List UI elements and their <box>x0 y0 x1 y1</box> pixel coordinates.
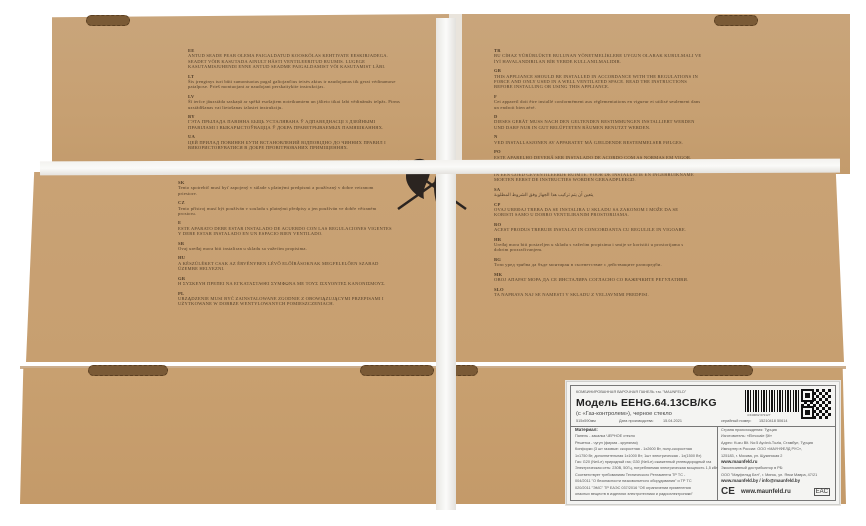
warning-text: Η ΣΥΣΚΕΥΗ ΠΡΕΠΕΙ ΝΑ ΕΓΚΑΤΑΣΤΑΘΕΙ ΣΥΜΦΩΝΑ… <box>178 281 386 286</box>
spec-line: Электрическая сеть: 230В, 50Гц, потребля… <box>575 465 718 471</box>
warning-text: Šis įrenginys turi būti sumontuotas paga… <box>188 79 396 89</box>
warning-text: يتعين أن يتم تركيب هذا الجهاز وفق الشروط… <box>494 192 593 197</box>
hand-hole-front-right <box>693 365 753 376</box>
warning-text: BU CİHAZ YÜRÜRLÜKTE BULUNAN YÖNETMELİKLE… <box>494 53 701 63</box>
warning-text: ЦЕЙ ПРИЛАД ПОВИНЕН БУТИ ВСТАНОВЛЕНИЙ ВІД… <box>188 140 386 150</box>
qr-code <box>801 389 831 419</box>
hand-hole-top-right <box>714 15 758 26</box>
front-right-warnings: IN EEN GOED GEVENTILEERDE RUIMTE. VOOR D… <box>494 172 699 297</box>
eac-mark: EAC <box>814 488 830 496</box>
product-box-photo: EEANTUD SEADE PEAB OLEMA PAIGALDATUD KOO… <box>0 0 866 526</box>
warning-text: DIESES GERÄT MUSS NACH DEN GELTENDEN BES… <box>494 119 695 129</box>
warning-text: ГЭТА ПРЫЛАДА ПАВІННА БЫЦЬ УСТАЛЯВАНА Ў А… <box>188 119 383 129</box>
serial-number: 15210418 50614 <box>759 419 788 423</box>
warning-text: THIS APPLIANCE SHOULD BE INSTALLED IN AC… <box>494 74 698 90</box>
dimensions: 515x590мм <box>576 419 596 423</box>
compliance-line: опасных веществ в изделиях электротехник… <box>575 491 718 497</box>
model-subtitle: (с «Газ-контролем»), черное стекло <box>576 411 672 417</box>
website: www.maunfeld.ru <box>741 489 791 495</box>
strap-vertical <box>436 18 456 510</box>
distributor-contacts: www.maunfeld.by / info@maunfeld.by <box>721 478 817 484</box>
manufacturer-section: Страна происхождения: Турция Изготовител… <box>721 427 817 485</box>
barcode <box>745 390 807 412</box>
model-name: Модель EEHG.64.13CB/KG <box>576 397 717 409</box>
warning-text: Uređaj mora biti postavljen u skladu s v… <box>494 242 683 252</box>
barcode-digits: 4 640062 072127 <box>747 413 770 417</box>
ce-mark: CE <box>721 486 735 497</box>
strap-horizontal <box>40 159 840 176</box>
warning-text: TA NAPRAVA NAJ SE NAMESTI V SKLADU Z VEL… <box>494 292 649 297</box>
warning-text: OVAJ UREĐAJ TREBA DA SE INSTALIRA U SKLA… <box>494 207 678 217</box>
label-header: КОМБИНИРОВАННАЯ ВАРОЧНАЯ ПАНЕЛЬ т.м. "MA… <box>576 390 686 394</box>
warning-text: A KÉSZÜLÉKET CSAK AZ ÉRVÉNYBEN LÉVŐ ELŐÍ… <box>178 261 379 271</box>
warning-text: Tento přístroj musí být používán v soula… <box>178 206 376 216</box>
front-left-warnings: SKTento spotrebič musí byť zapojený v sú… <box>178 176 393 307</box>
product-label: КОМБИНИРОВАННАЯ ВАРОЧНАЯ ПАНЕЛЬ т.м. "MA… <box>566 381 840 505</box>
serial-label: серийный номер: <box>721 419 751 423</box>
warning-text: Този уред трябва да бъде монтиран в съот… <box>494 262 662 267</box>
production-date: 15.04.2021 <box>663 419 682 423</box>
warning-text: ACEST PRODUS TREBUIE INSTALAT IN CONCORD… <box>494 227 686 232</box>
lid-right-warnings: TRBU CİHAZ YÜRÜRLÜKTE BULUNAN YÖNETMELİK… <box>494 44 704 160</box>
materials-section: Материал: Панель - закалка ЧЕРНОЕ стекло… <box>575 427 718 497</box>
warning-text: Cet appareil doit être installé conformé… <box>494 99 700 109</box>
label-frame: КОМБИНИРОВАННАЯ ВАРОЧНАЯ ПАНЕЛЬ т.м. "MA… <box>570 385 836 501</box>
warning-text: ESTE APARATO DEBE ESTAR INSTALADO DE ACU… <box>178 226 392 236</box>
hand-hole-top-left <box>86 15 130 26</box>
warning-text: ОВОЈ АПАРАТ МОРА ДА СЕ ИНСТАЛИРА СОГЛАСН… <box>494 277 688 282</box>
warning-text: ANTUD SEADE PEAB OLEMA PAIGALDATUD KOOSK… <box>188 53 388 69</box>
warning-text: VED INSTALLASJONEN AV APPARATET MÅ GJELD… <box>494 140 683 145</box>
warning-text: Tento spotrebič musí byť zapojený v súla… <box>178 185 374 195</box>
lid-left-warnings: EEANTUD SEADE PEAB OLEMA PAIGALDATUD KOO… <box>188 44 403 151</box>
production-date-label: Дата производства: <box>619 419 654 423</box>
hand-hole-front-center-left <box>360 365 434 376</box>
warning-text: Šī ierīce jāuzstāda saskaņā ar spēkā eso… <box>188 99 400 109</box>
warning-text: URZĄDZENIE MUSI BYĆ ZAINSTALOWANE ZGODNI… <box>178 296 384 306</box>
hand-hole-front-left <box>88 365 168 376</box>
warning-text: Ovaj uređaj mora biti instaliran u sklad… <box>178 246 307 251</box>
